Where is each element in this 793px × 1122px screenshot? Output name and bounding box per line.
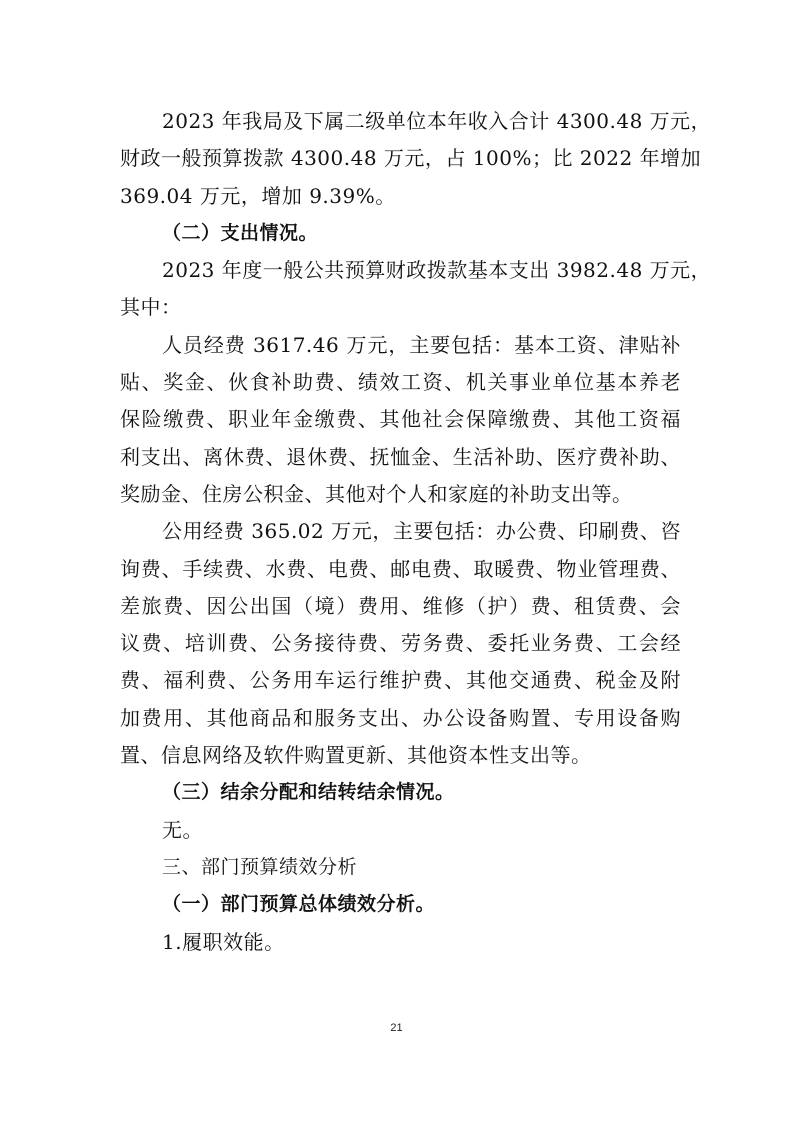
paragraph-line: 保险缴费、职业年金缴费、其他社会保障缴费、其他工资福 [120,401,681,438]
paragraph-line: 加费用、其他商品和服务支出、办公设备购置、专用设备购 [120,700,681,737]
surplus-heading: （三）结余分配和结转结余情况。 [120,774,681,811]
public-expense-paragraph: 公用经费 365.02 万元，主要包括：办公费、印刷费、咨 询费、手续费、水费、… [120,513,681,774]
paragraph-line: 置、信息网络及软件购置更新、其他资本性支出等。 [120,737,681,774]
personnel-expense-paragraph: 人员经费 3617.46 万元，主要包括：基本工资、津贴补 贴、奖金、伙食补助费… [120,327,681,513]
surplus-text: 无。 [120,812,681,849]
document-body: 2023 年我局及下属二级单位本年收入合计 4300.48 万元， 财政一般预算… [120,103,681,961]
paragraph-line: 利支出、离休费、退休费、抚恤金、生活补助、医疗费补助、 [120,439,681,476]
paragraph-line: 奖励金、住房公积金、其他对个人和家庭的补助支出等。 [120,476,681,513]
paragraph-line: 369.04 万元，增加 9.39%。 [120,178,681,215]
paragraph-line: 人员经费 3617.46 万元，主要包括：基本工资、津贴补 [120,327,681,364]
paragraph-line: 差旅费、因公出国（境）费用、维修（护）费、租赁费、会 [120,588,681,625]
paragraph-line: 财政一般预算拨款 4300.48 万元，占 100%；比 2022 年增加 [120,140,681,177]
income-paragraph: 2023 年我局及下属二级单位本年收入合计 4300.48 万元， 财政一般预算… [120,103,681,215]
paragraph-line: 议费、培训费、公务接待费、劳务费、委托业务费、工会经 [120,625,681,662]
paragraph-line: 其中： [120,289,681,326]
expenditure-intro: 2023 年度一般公共预算财政拨款基本支出 3982.48 万元， 其中： [120,252,681,327]
paragraph-line: 2023 年度一般公共预算财政拨款基本支出 3982.48 万元， [120,252,681,289]
paragraph-line: 询费、手续费、水费、电费、邮电费、取暖费、物业管理费、 [120,551,681,588]
paragraph-line: 2023 年我局及下属二级单位本年收入合计 4300.48 万元， [120,103,681,140]
item-one-heading: 1.履职效能。 [120,924,681,961]
page-number: 21 [0,1022,793,1034]
paragraph-line: 公用经费 365.02 万元，主要包括：办公费、印刷费、咨 [120,513,681,550]
overall-performance-heading: （一）部门预算总体绩效分析。 [120,886,681,923]
document-page: 2023 年我局及下属二级单位本年收入合计 4300.48 万元， 财政一般预算… [0,0,793,1122]
expenditure-heading: （二）支出情况。 [120,215,681,252]
paragraph-line: 贴、奖金、伙食补助费、绩效工资、机关事业单位基本养老 [120,364,681,401]
paragraph-line: 费、福利费、公务用车运行维护费、其他交通费、税金及附 [120,662,681,699]
section-three-heading: 三、部门预算绩效分析 [120,849,681,886]
